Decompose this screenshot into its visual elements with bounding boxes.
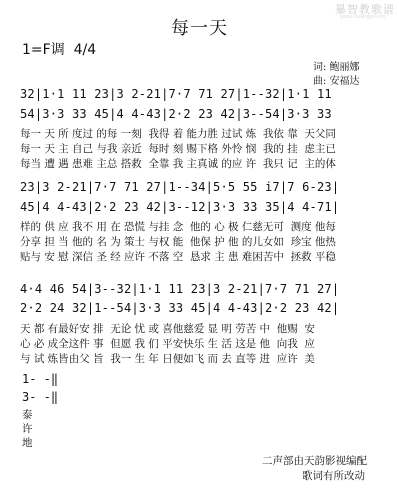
key-signature: 1=F调 4/4 [22,39,96,59]
lyric-verse-1-line-1: 每一 天 所 度过 的每 一刻 我得 着 能力胜 过试 炼 我依 靠 天父同 [20,126,336,141]
melody-line-1: 32|1·1 11 23|3 2-21|7·7 71 27|1--32|1·1 … [20,87,332,101]
harmony-line-1: 54|3·3 33 45|4 4-43|2·2 23 42|3--54|3·3 … [20,107,332,121]
arrangement-note: 二声部由天韵影视编配 [262,453,367,468]
ending-lyric-3: 地 [22,435,33,450]
lyricist-credit: 词: 鲍丽娜 [313,58,360,73]
ending-melody: 1- -‖ [22,372,58,386]
lyric-verse-2-line-2: 分享 担 当 他的 名 为 策士 与权 能 他保 护 他 的儿女如 珍宝 他热 [20,234,336,249]
harmony-line-3: 2·2 24 32|1--54|3·3 33 45|4 4-43|2·2 23 … [20,301,339,315]
song-title: 每一天 [0,14,399,40]
composer-credit: 曲: 安福达 [313,72,360,87]
melody-line-3: 4·4 46 54|3--32|1·1 11 23|3 2-21|7·7 71 … [20,282,339,296]
harmony-line-2: 45|4 4-43|2·2 23 42|3--12|3·3 33 35|4 4-… [20,200,339,214]
lyric-verse-2-line-3: 心 必 成全这件 事 但愿 我 们 平安快乐 生 活 这是 他 向我 应 [20,336,315,351]
ending-lyric-2: 许 [22,421,33,436]
ending-harmony: 3- -‖ [22,390,58,404]
lyric-verse-3-line-2: 贴与 安 慰 深信 圣 经 应许 不落 空 恳求 主 患 难困苦中 拯救 平稳 [20,249,336,264]
lyric-verse-2-line-1: 每一 天 主 自己 与我 亲近 每时 刻 赐下格 外怜 悯 我的 挂 虑主已 [20,141,336,156]
lyric-verse-1-line-2: 样的 供 应 我不 用 在 恐慌 与挂 念 他的 心 极 仁慈无可 测度 他每 [20,219,336,234]
melody-line-2: 23|3 2-21|7·7 71 27|1--34|5·5 55 i7|7 6-… [20,180,339,194]
lyric-verse-1-line-3: 天 都 有最好安 排 无论 忧 或 喜他慈爱 显 明 劳苦 中 他赐 安 [20,321,315,336]
lyrics-modified-note: 歌词有所改动 [302,468,365,483]
lyric-verse-3-line-3: 与 试 炼皆由父 旨 我一 生 年 日便如飞 而 去 直等 进 应许 美 [20,351,315,366]
ending-lyric-1: 泰 [22,407,33,422]
lyric-verse-3-line-1: 每当 遭 遇 患难 主总 搭救 全靠 我 主真诚 的应 许 我只 记 主的体 [20,156,336,171]
